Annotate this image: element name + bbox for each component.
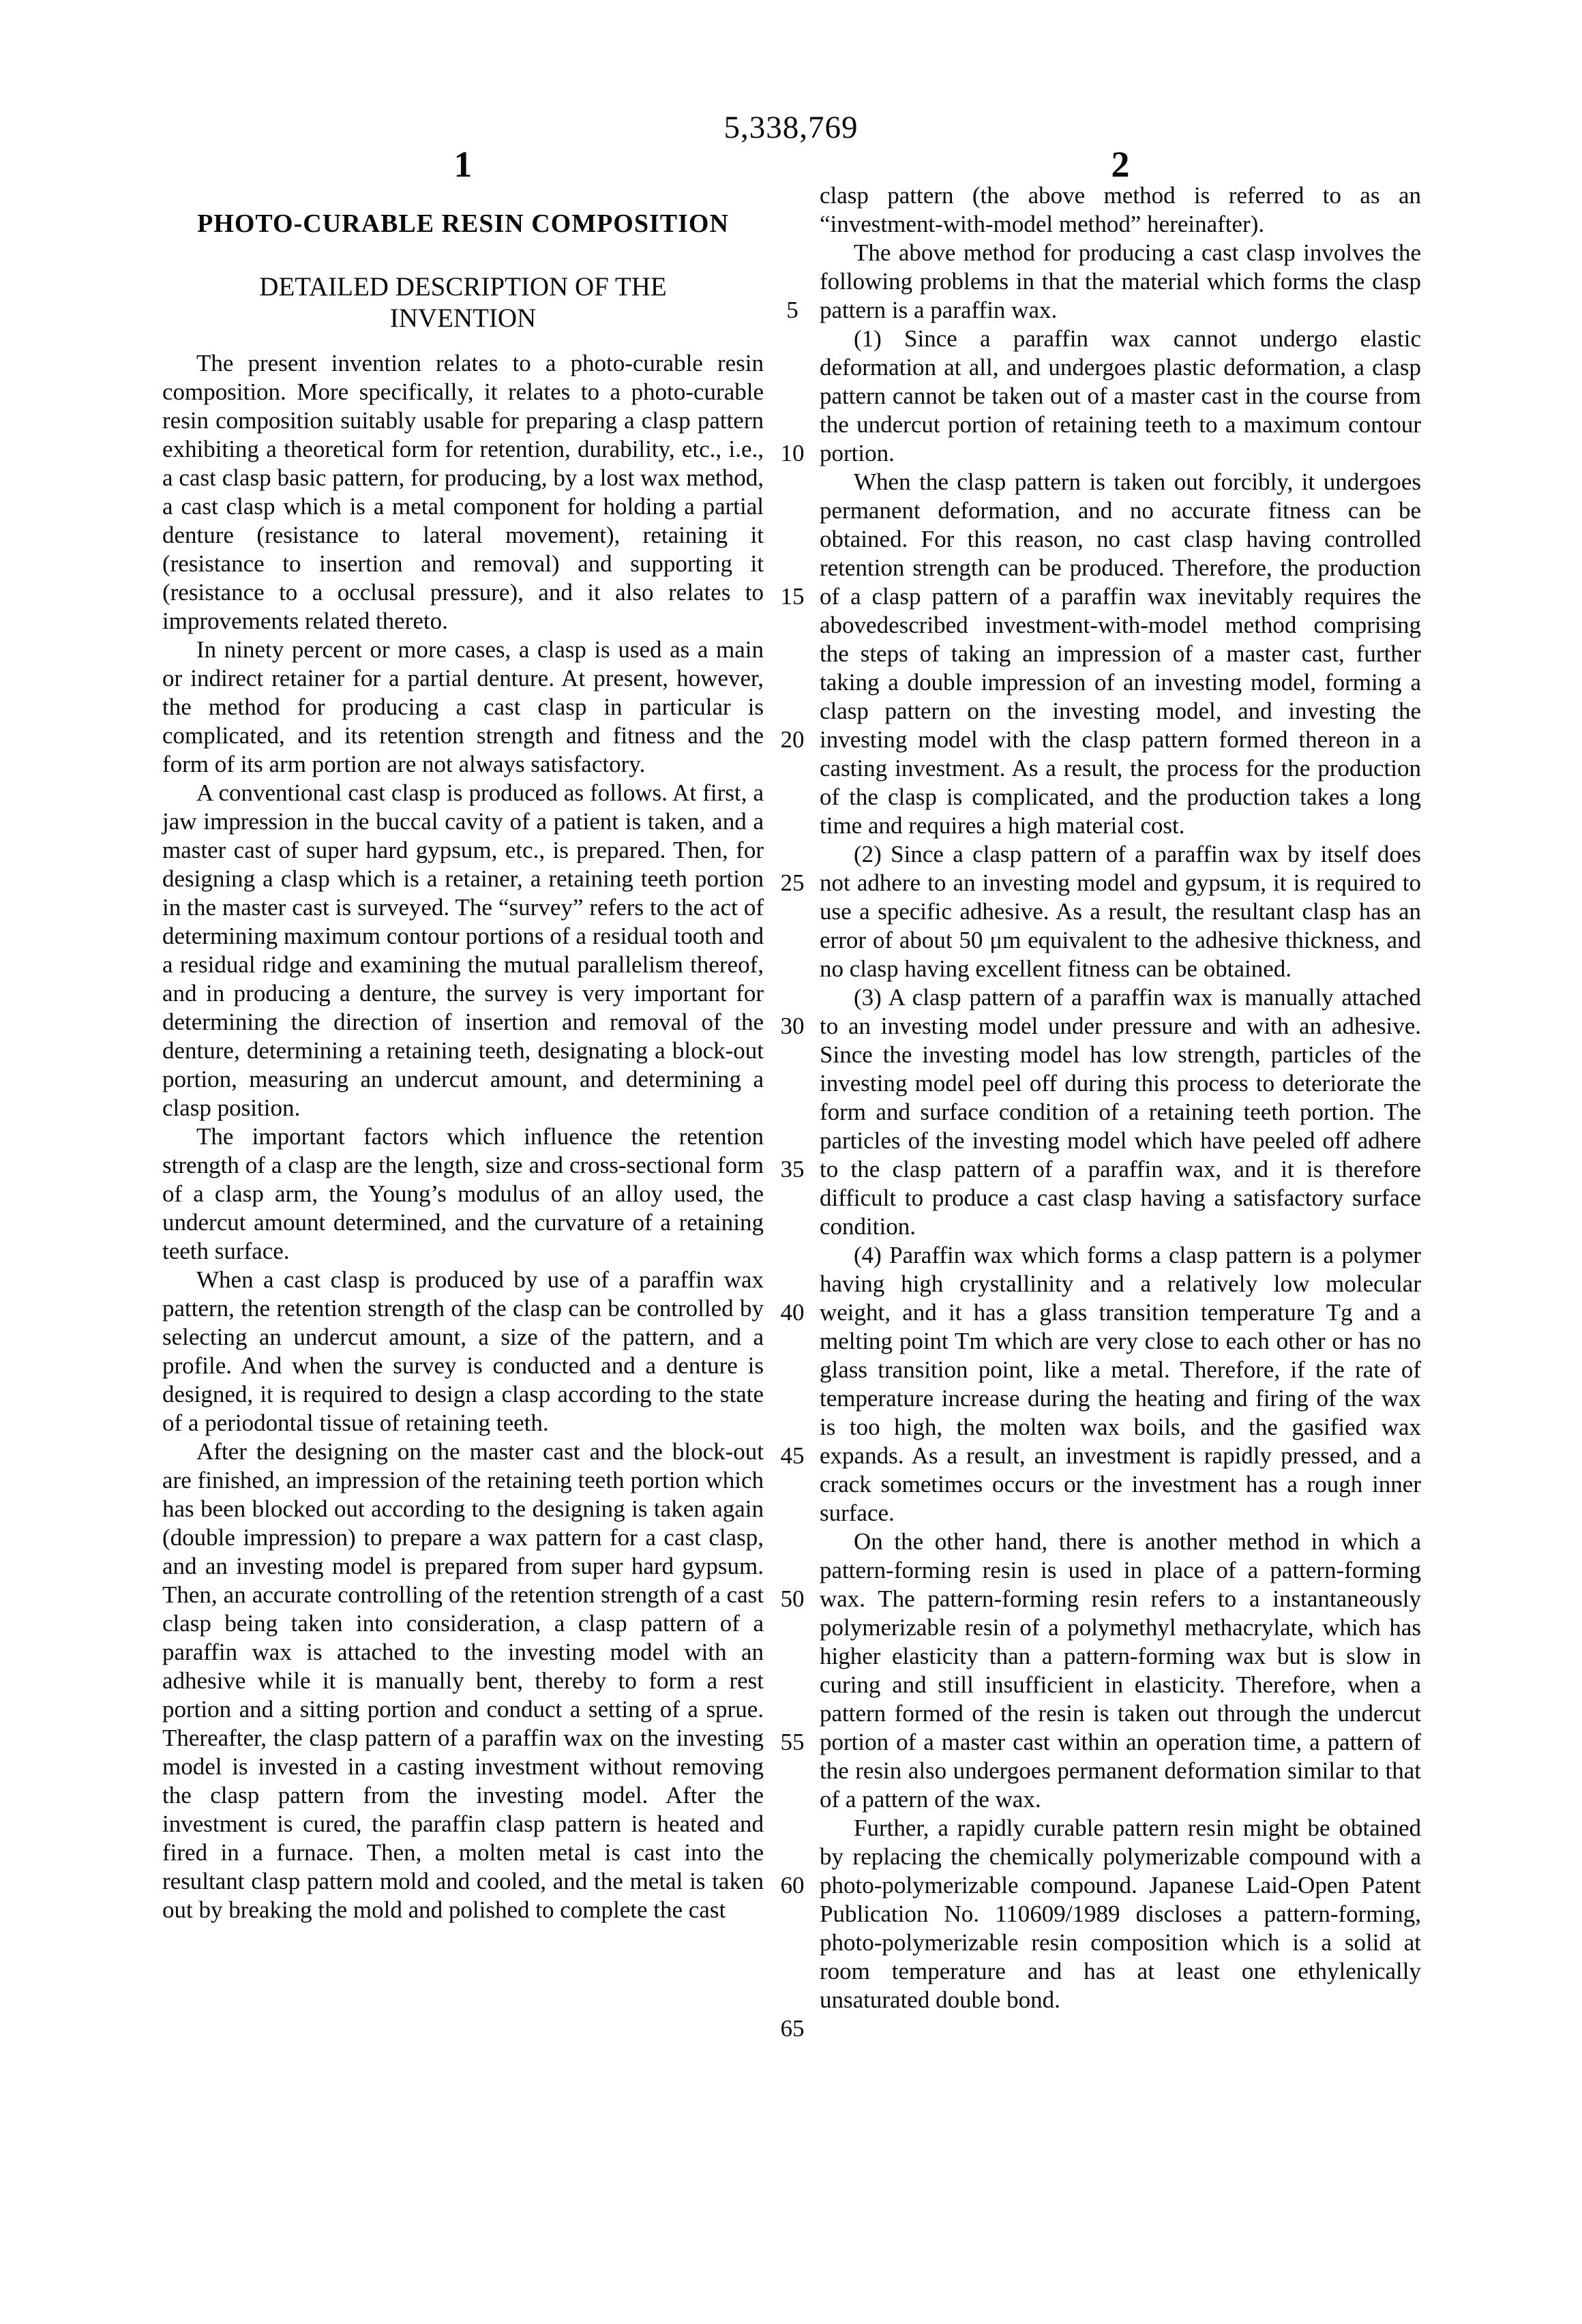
paragraph: clasp pattern (the above method is refer… [820,181,1421,239]
invention-title: PHOTO-CURABLE RESIN COMPOSITION [162,209,764,239]
paragraph: (4) Paraffin wax which forms a clasp pat… [820,1241,1421,1528]
paragraph: (3) A clasp pattern of a paraffin wax is… [820,983,1421,1241]
gutter-line-number: 40 [765,1298,820,1327]
paragraph: In ninety percent or more cases, a clasp… [162,636,764,779]
column-number-2: 2 [820,143,1421,185]
paragraph: A conventional cast clasp is produced as… [162,779,764,1122]
section-heading: DETAILED DESCRIPTION OF THE INVENTION [162,271,764,334]
paragraph: The above method for producing a cast cl… [820,239,1421,325]
section-heading-line-1: DETAILED DESCRIPTION OF THE [162,271,764,303]
gutter-line-number: 50 [765,1585,820,1613]
paragraph: Further, a rapidly curable pattern resin… [820,1814,1421,2014]
gutter-line-number: 20 [765,726,820,754]
paragraph: The important factors which influence th… [162,1122,764,1266]
column-2-text: clasp pattern (the above method is refer… [820,181,1421,2014]
gutter-line-number: 5 [765,296,820,325]
gutter-line-number: 65 [765,2014,820,2043]
patent-page: 5,338,769 1 2 PHOTO-CURABLE RESIN COMPOS… [0,0,1582,2324]
paragraph: When the clasp pattern is taken out forc… [820,468,1421,840]
paragraph: The present invention relates to a photo… [162,349,764,636]
gutter-line-number: 35 [765,1155,820,1184]
column-number-1: 1 [162,143,764,185]
gutter-line-number: 55 [765,1728,820,1757]
gutter-line-number: 25 [765,869,820,897]
paragraph: On the other hand, there is another meth… [820,1528,1421,1814]
section-heading-line-2: INVENTION [162,303,764,334]
paragraph: After the designing on the master cast a… [162,1437,764,1924]
column-1-text: The present invention relates to a photo… [162,349,764,1924]
paragraph: When a cast clasp is produced by use of … [162,1266,764,1437]
gutter-line-number: 15 [765,582,820,611]
paragraph: (1) Since a paraffin wax cannot undergo … [820,325,1421,468]
gutter-line-number: 10 [765,439,820,468]
gutter-line-number: 60 [765,1871,820,1900]
paragraph: (2) Since a clasp pattern of a paraffin … [820,840,1421,983]
gutter-line-number: 45 [765,1442,820,1470]
patent-number: 5,338,769 [0,109,1582,146]
gutter-line-number: 30 [765,1012,820,1041]
